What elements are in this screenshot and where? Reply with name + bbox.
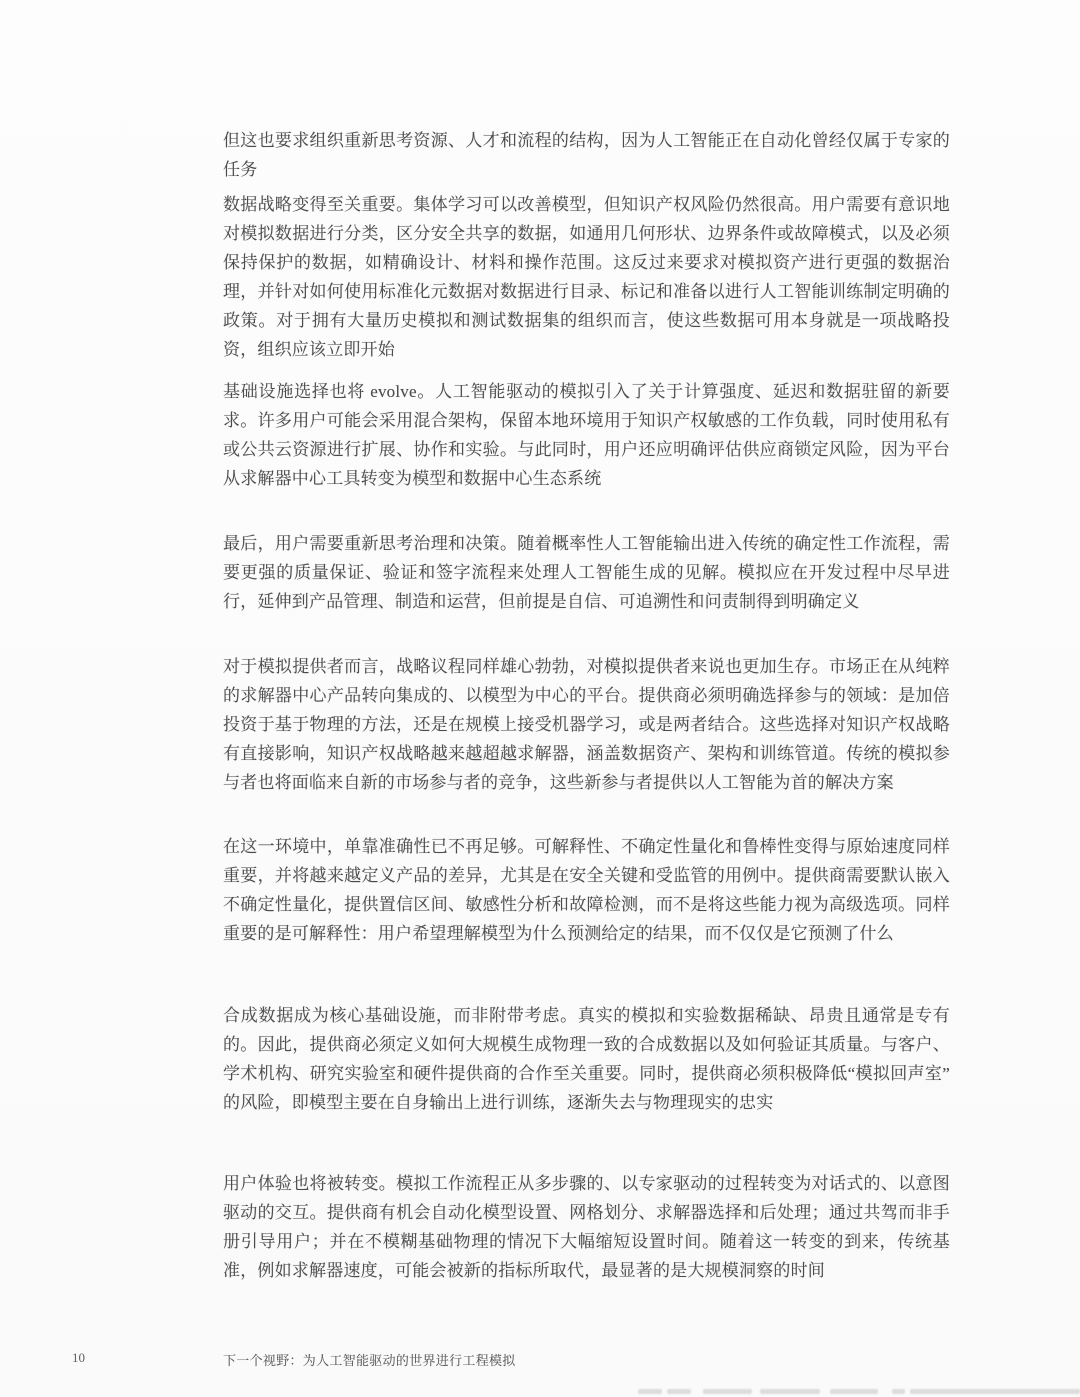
paragraph-4: 最后，用户需要重新思考治理和决策。随着概率性人工智能输出进入传统的确定性工作流程… xyxy=(223,529,950,616)
scan-artifact xyxy=(760,1389,820,1394)
scan-artifact xyxy=(667,1389,691,1394)
paragraph-8: 用户体验也将被转变。模拟工作流程正从多步骤的、以专家驱动的过程转变为对话式的、以… xyxy=(223,1169,950,1285)
paragraph-6: 在这一环境中，单靠准确性已不再足够。可解释性、不确定性量化和鲁棒性变得与原始速度… xyxy=(223,832,950,948)
page-footer: 10 下一个视野：为人工智能驱动的世界进行工程模拟 xyxy=(0,1350,1080,1370)
document-page: 但这也要求组织重新思考资源、人才和流程的结构，因为人工智能正在自动化曾经仅属于专… xyxy=(0,0,1080,1397)
scan-artifact xyxy=(638,1389,662,1394)
page-number: 10 xyxy=(72,1350,85,1366)
scan-artifact xyxy=(892,1389,905,1394)
paragraph-7: 合成数据成为核心基础设施，而非附带考虑。真实的模拟和实验数据稀缺、昂贵且通常是专… xyxy=(223,1001,950,1117)
paragraph-5: 对于模拟提供者而言，战略议程同样雄心勃勃，对模拟提供者来说也更加生存。市场正在从… xyxy=(223,652,950,797)
scan-artifact xyxy=(830,1389,878,1394)
scan-artifact xyxy=(703,1389,752,1394)
paragraph-2: 数据战略变得至关重要。集体学习可以改善模型，但知识产权风险仍然很高。用户需要有意… xyxy=(223,190,950,364)
page-body: 但这也要求组织重新思考资源、人才和流程的结构，因为人工智能正在自动化曾经仅属于专… xyxy=(0,0,1080,1397)
paragraph-3: 基础设施选择也将 evolve。人工智能驱动的模拟引入了关于计算强度、延迟和数据… xyxy=(223,377,950,493)
paragraph-1: 但这也要求组织重新思考资源、人才和流程的结构，因为人工智能正在自动化曾经仅属于专… xyxy=(223,126,950,184)
scan-artifact xyxy=(910,1389,1080,1394)
footer-running-title: 下一个视野：为人工智能驱动的世界进行工程模拟 xyxy=(223,1350,516,1369)
